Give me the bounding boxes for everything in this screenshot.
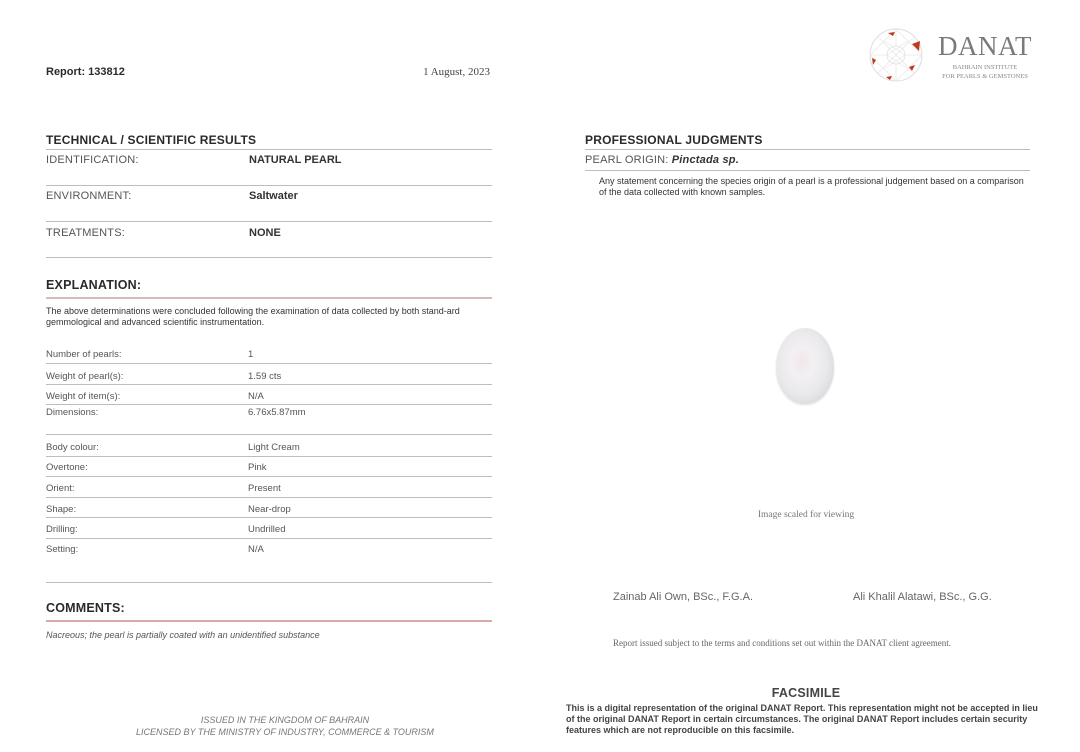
professional-judgments-title: PROFESSIONAL JUDGMENTS xyxy=(585,133,763,147)
row-value: N/A xyxy=(248,391,264,402)
logo-wordmark: DANAT xyxy=(938,31,1032,62)
table-row: Orient:Present xyxy=(46,483,491,503)
table-row: Body colour:Light Cream xyxy=(46,442,491,462)
issued-in-line: ISSUED IN THE KINGDOM OF BAHRAIN xyxy=(60,714,510,726)
table-row: Dimensions:6.76x5.87mm xyxy=(46,407,491,427)
divider xyxy=(46,620,492,622)
signatory-1: Zainab Ali Own, BSc., F.G.A. xyxy=(613,591,753,603)
row-value: Undrilled xyxy=(248,524,286,535)
explanation-text: The above determinations were concluded … xyxy=(46,306,496,328)
row-label: Number of pearls: xyxy=(46,349,122,360)
row-value: Near-drop xyxy=(248,504,291,515)
row-label: Weight of pearl(s): xyxy=(46,371,123,382)
logo-subtitle-line2: FOR PEARLS & GEMSTONES xyxy=(940,72,1030,81)
pearl-origin-label: PEARL ORIGIN: xyxy=(585,154,669,166)
table-row: Number of pearls:1 xyxy=(46,349,491,369)
comments-title: COMMENTS: xyxy=(46,601,125,615)
environment-value: Saltwater xyxy=(249,190,298,202)
technical-results-title: TECHNICAL / SCIENTIFIC RESULTS xyxy=(46,133,256,147)
divider xyxy=(46,538,492,539)
divider xyxy=(46,149,492,150)
row-label: Dimensions: xyxy=(46,407,98,418)
row-label: Drilling: xyxy=(46,524,78,535)
comments-text: Nacreous; the pearl is partially coated … xyxy=(46,630,320,641)
environment-label: ENVIRONMENT: xyxy=(46,190,132,202)
divider xyxy=(46,384,492,385)
table-row: Weight of pearl(s):1.59 cts xyxy=(46,371,491,391)
row-value: 1 xyxy=(248,349,253,360)
signatory-2: Ali Khalil Alatawi, BSc., G.G. xyxy=(853,591,992,603)
origin-disclaimer: Any statement concerning the species ori… xyxy=(599,176,1024,198)
row-value: 1.59 cts xyxy=(248,371,281,382)
row-value: Present xyxy=(248,483,281,494)
table-row: Drilling:Undrilled xyxy=(46,524,491,544)
treatments-value: NONE xyxy=(249,227,281,239)
divider xyxy=(46,221,492,222)
identification-label: IDENTIFICATION: xyxy=(46,154,139,166)
divider xyxy=(46,582,492,583)
row-label: Body colour: xyxy=(46,442,99,453)
row-label: Shape: xyxy=(46,504,76,515)
treatments-label: TREATMENTS: xyxy=(46,227,125,239)
divider xyxy=(46,517,492,518)
divider xyxy=(46,257,492,258)
danat-logo: DANAT BAHRAIN INSTITUTE FOR PEARLS & GEM… xyxy=(866,27,1036,87)
table-row: Setting:N/A xyxy=(46,544,491,564)
facsimile-title: FACSIMILE xyxy=(566,686,1046,700)
issuance-statement: ISSUED IN THE KINGDOM OF BAHRAIN LICENSE… xyxy=(60,714,510,738)
image-caption: Image scaled for viewing xyxy=(700,510,912,520)
identification-value: NATURAL PEARL xyxy=(249,154,341,166)
row-label: Weight of item(s): xyxy=(46,391,120,402)
danat-diamond-emblem-icon xyxy=(868,27,924,83)
licensed-by-line: LICENSED BY THE MINISTRY OF INDUSTRY, CO… xyxy=(60,726,510,738)
table-row: Overtone:Pink xyxy=(46,462,491,482)
divider xyxy=(46,363,492,364)
report-number: Report: 133812 xyxy=(46,66,125,78)
divider xyxy=(46,497,492,498)
pearl-origin-value: Pinctada sp. xyxy=(672,154,739,166)
logo-subtitle-line1: BAHRAIN INSTITUTE xyxy=(940,63,1030,72)
divider xyxy=(46,404,492,405)
row-value: 6.76x5.87mm xyxy=(248,407,306,418)
facsimile-notice: This is a digital representation of the … xyxy=(566,703,1048,736)
report-date: 1 August, 2023 xyxy=(390,66,490,78)
divider xyxy=(46,434,492,435)
explanation-title: EXPLANATION: xyxy=(46,278,141,292)
row-label: Setting: xyxy=(46,544,78,555)
pearl-photo xyxy=(776,328,834,404)
row-label: Orient: xyxy=(46,483,75,494)
divider xyxy=(585,170,1030,171)
row-value: N/A xyxy=(248,544,264,555)
row-value: Pink xyxy=(248,462,266,473)
row-label: Overtone: xyxy=(46,462,88,473)
divider xyxy=(46,476,492,477)
divider xyxy=(46,185,492,186)
terms-statement: Report issued subject to the terms and c… xyxy=(613,638,951,648)
divider xyxy=(585,149,1030,150)
divider xyxy=(46,297,492,299)
row-value: Light Cream xyxy=(248,442,300,453)
logo-subtitle: BAHRAIN INSTITUTE FOR PEARLS & GEMSTONES xyxy=(940,63,1030,81)
pearl-origin: PEARL ORIGIN: Pinctada sp. xyxy=(585,154,739,166)
table-row: Shape:Near-drop xyxy=(46,504,491,524)
divider xyxy=(46,456,492,457)
